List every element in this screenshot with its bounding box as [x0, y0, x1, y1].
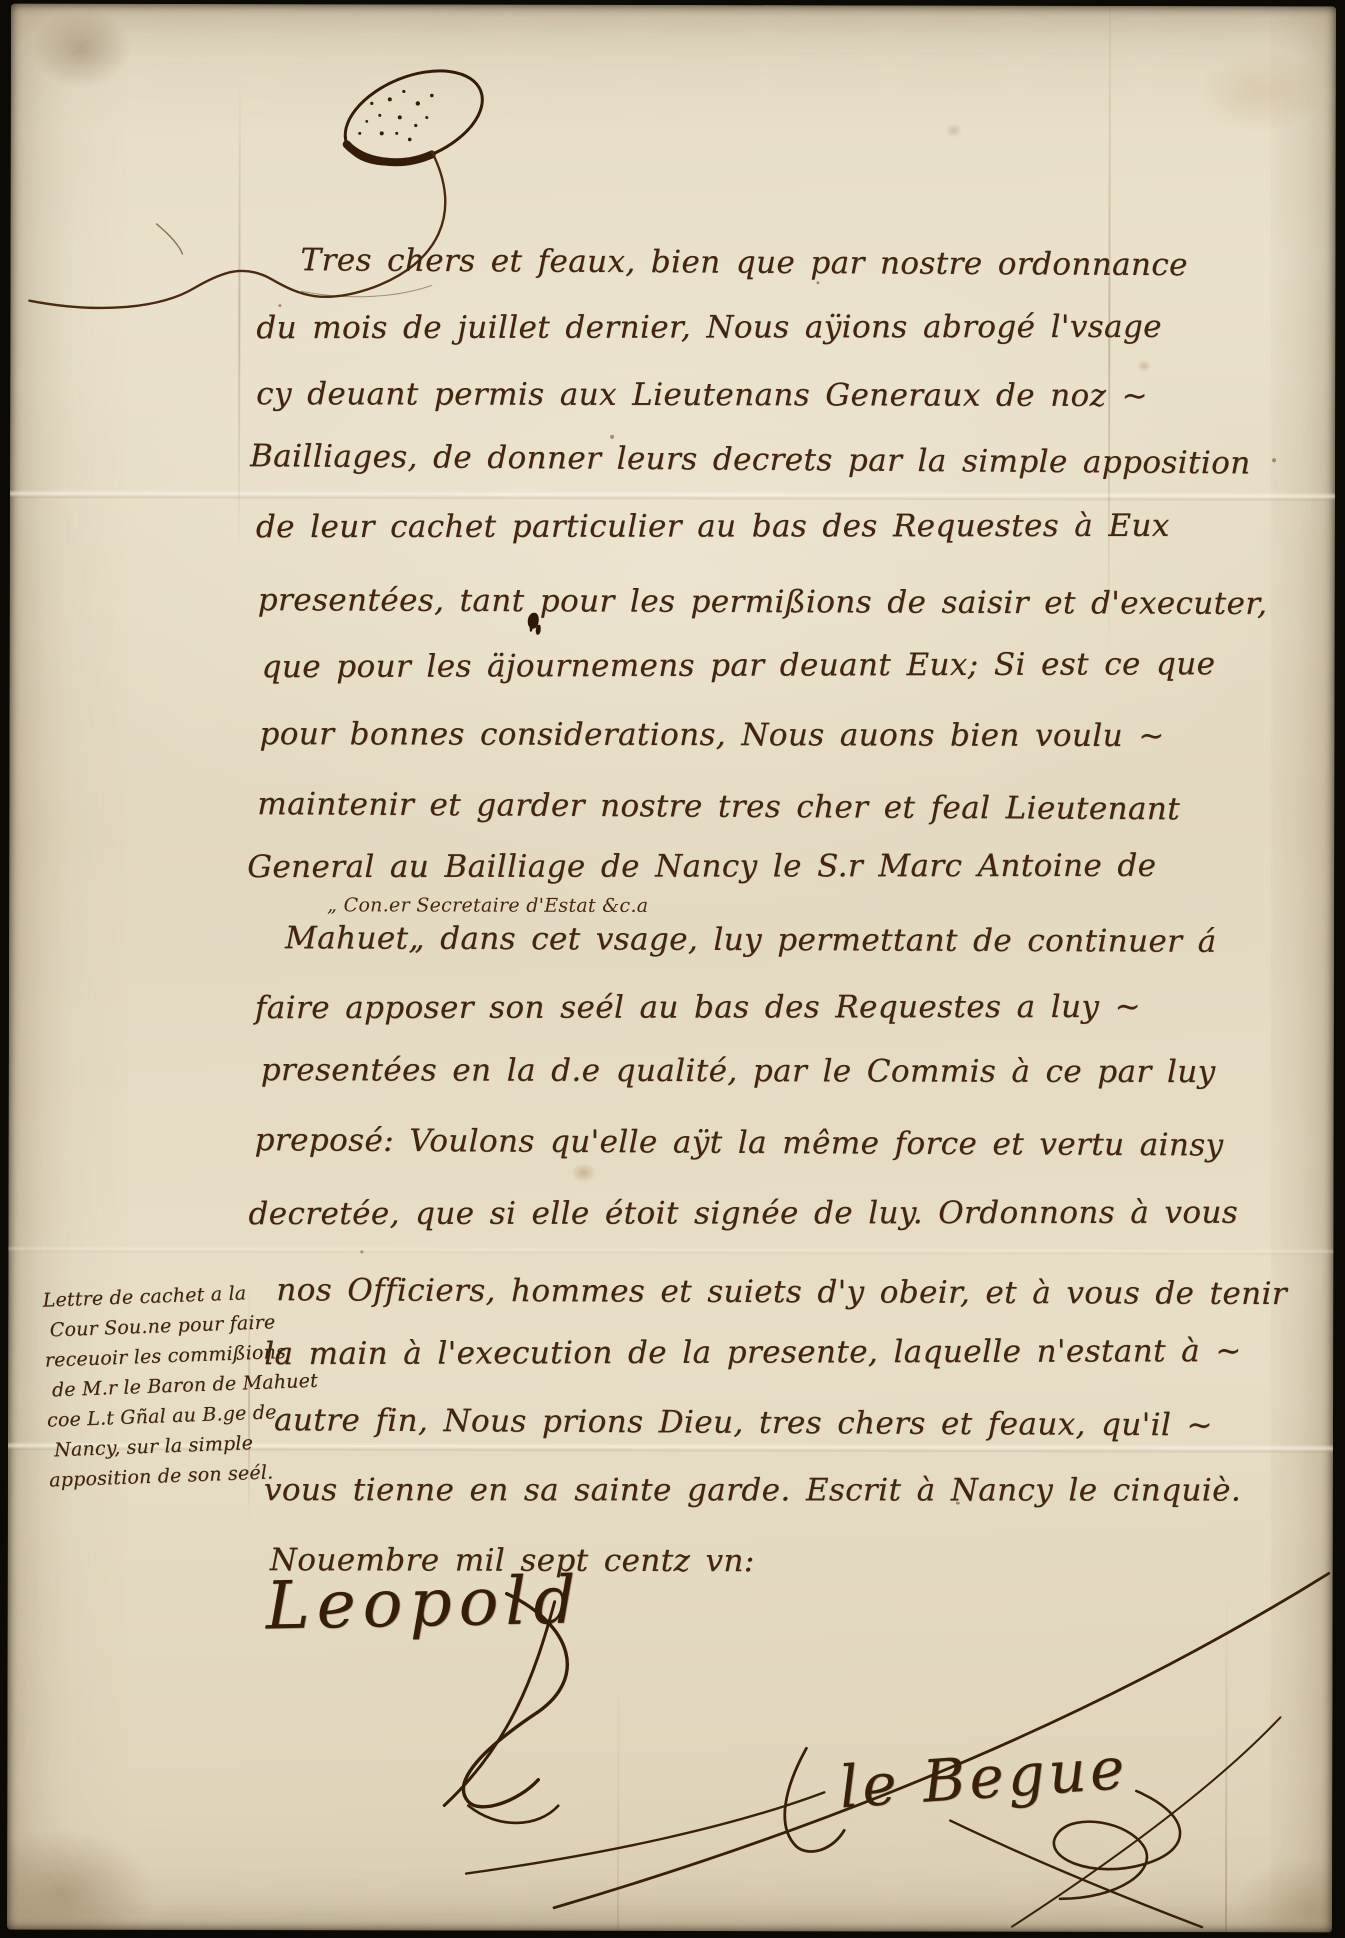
letter-line-14: preposé: Voulons qu'elle aÿt la même for…: [255, 1122, 1224, 1163]
photo-frame: Tres chers et feaux, bien que par nostre…: [0, 0, 1345, 1938]
interlinear-insertion: „ Con.er Secretaire d'Estat &c.a: [327, 894, 648, 917]
letter-line-6: presentées, tant pour les permißions de …: [258, 582, 1268, 622]
crease-vertical-left: [238, 74, 241, 554]
countersignature-lebegue: le Begue: [837, 1734, 1130, 1821]
foxing-speck: [360, 1250, 363, 1253]
letter-line-2: du mois de juillet dernier, Nous aÿions …: [256, 309, 1162, 346]
foxing-speck: [610, 435, 614, 439]
letter-line-9: maintenir et garder nostre tres cher et …: [257, 786, 1180, 827]
margin-note-line-1: Lettre de cachet a la: [42, 1282, 246, 1311]
foxing-speck: [816, 281, 819, 284]
fold-crease-horizontal-upper: [10, 490, 1335, 502]
crease-vertical-bottom-right: [1225, 1586, 1228, 1932]
stamp-oval-flourish: [332, 52, 497, 182]
letter-line-11: Mahuet„ dans cet vsage, luy permettant d…: [285, 920, 1217, 960]
margin-note-line-3: receuoir les commißions: [45, 1341, 287, 1372]
margin-note-line-2: Cour Sou.ne pour faire: [49, 1311, 275, 1341]
margin-note-line-7: apposition de son seél.: [49, 1461, 274, 1491]
letter-line-17: la main à l'execution de la presente, la…: [264, 1333, 1242, 1372]
letter-line-13: presentées en la d.e qualité, par le Com…: [261, 1052, 1216, 1090]
margin-note-line-6: Nancy, sur la simple: [54, 1432, 254, 1461]
letter-line-8: pour bonnes considerations, Nous auons b…: [259, 716, 1164, 754]
margin-note-line-4: de M.r le Baron de Mahuet: [52, 1370, 319, 1402]
margin-note-line-5: coe L.t Gñal au B.ge de: [47, 1401, 277, 1431]
ink-flourishes: [7, 4, 1336, 1933]
letter-line-7: que pour les äjournemens par deuant Eux;…: [262, 646, 1216, 685]
letter-line-18: autre fin, Nous prions Dieu, tres chers …: [274, 1402, 1213, 1443]
opening-swoop-flourish: [29, 151, 445, 309]
foxing-speck: [1272, 458, 1276, 462]
signature-leopold: Leopold: [265, 1562, 583, 1645]
letter-line-10: General au Bailliage de Nancy le S.r Mar…: [247, 848, 1156, 885]
letter-line-12: faire apposer son seél au bas des Reques…: [255, 989, 1141, 1026]
letter-line-1: Tres chers et feaux, bien que par nostre…: [300, 242, 1188, 283]
letter-line-5: de leur cachet particulier au bas des Re…: [256, 508, 1170, 545]
letter-line-19: vous tienne en sa sainte garde. Escrit à…: [264, 1472, 1241, 1508]
manuscript-page: Tres chers et feaux, bien que par nostre…: [7, 4, 1336, 1933]
letter-body: Tres chers et feaux, bien que par nostre…: [11, 4, 1336, 7]
letter-line-3: cy deuant permis aux Lieutenans Generaux…: [256, 376, 1148, 414]
crease-vertical-bottom-center: [617, 1655, 620, 1931]
letter-line-4: Bailliages, de donner leurs decrets par …: [250, 438, 1251, 481]
foxing-speck: [278, 304, 281, 307]
letter-line-16: nos Officiers, hommes et suiets d'y obei…: [276, 1272, 1287, 1312]
fold-crease-horizontal-middle: [8, 1246, 1333, 1256]
letter-line-15: decretée, que si elle étoit signée de lu…: [248, 1195, 1238, 1232]
